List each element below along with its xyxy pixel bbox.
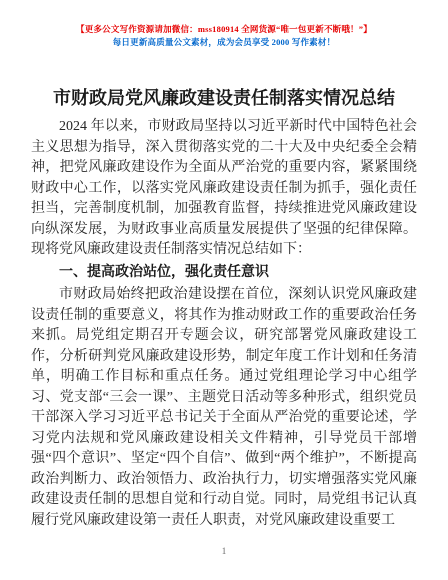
paragraph-intro: 2024 年以来，市财政局坚持以习近平新时代中国特色社会主义思想为指导，深入贯彻… (31, 117, 417, 261)
section-heading-1: 一、提高政治站位，强化责任意识 (31, 263, 417, 284)
document-body: 2024 年以来，市财政局坚持以习近平新时代中国特色社会主义思想为指导，深入贯彻… (31, 117, 417, 531)
document-title: 市财政局党风廉政建设责任制落实情况总结 (30, 86, 418, 110)
document-page: 【更多公文写作资源请加微信：mss180914 全网货源“唯一包更新不断哦！”】… (0, 0, 448, 580)
paragraph-section-1: 市财政局始终把政治建设摆在首位，深刻认识党风廉政建设责任制的重要意义，将其作为推… (31, 285, 417, 531)
promo-banner-line2: 每日更新高质量公文素材，成为会员享受 2000 写作素材！ (0, 36, 448, 49)
promo-banner: 【更多公文写作资源请加微信：mss180914 全网货源“唯一包更新不断哦！”】… (0, 0, 448, 49)
promo-banner-line1: 【更多公文写作资源请加微信：mss180914 全网货源“唯一包更新不断哦！”】 (0, 23, 448, 36)
page-number: 1 (0, 546, 448, 556)
